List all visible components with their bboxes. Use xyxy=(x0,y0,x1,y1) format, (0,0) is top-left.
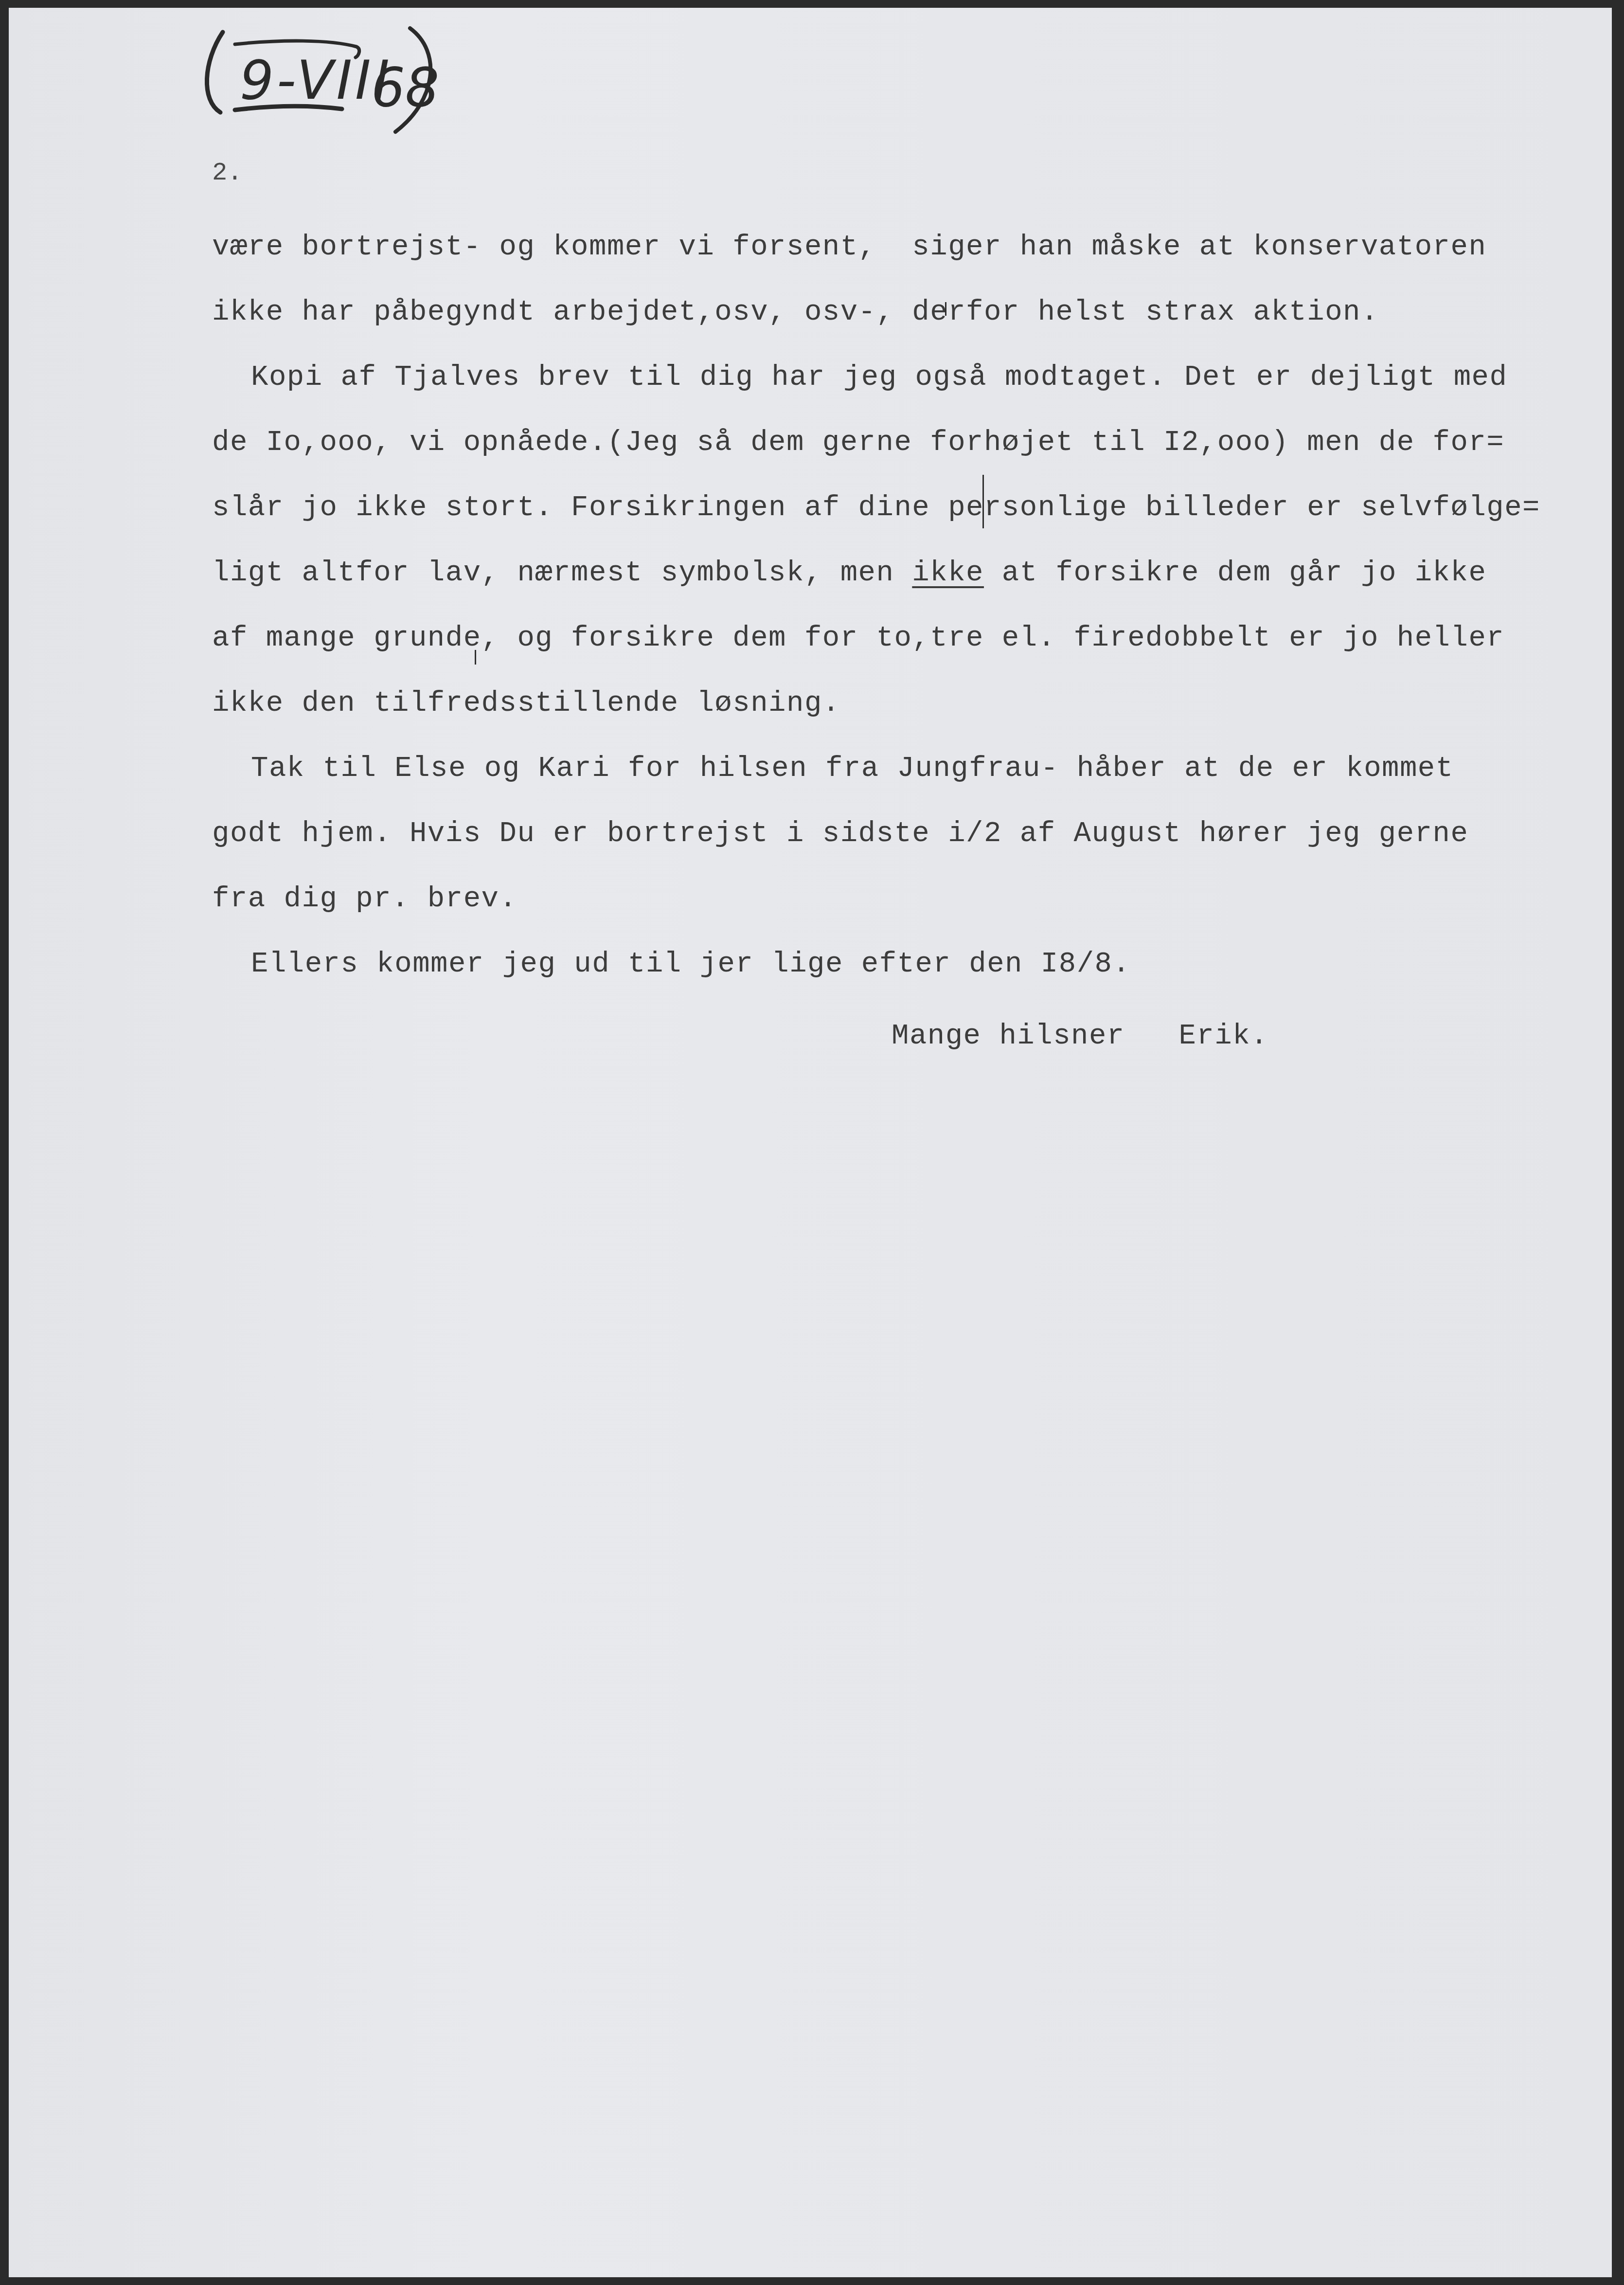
page-number: 2. xyxy=(212,159,242,187)
letter-body: være bortrejst- og kommer vi forsent, si… xyxy=(212,215,1623,997)
handwritten-date-day-month: 9-VIII xyxy=(240,49,393,111)
closing: Mange hilsner xyxy=(892,1020,1125,1052)
body-line-text: at forsikre dem går jo ikke xyxy=(984,557,1486,589)
pen-correction-mark xyxy=(982,475,984,528)
signature: Erik. xyxy=(1179,1020,1269,1052)
body-line: de Io,ooo, vi opnåede.(Jeg så dem gerne … xyxy=(212,410,1623,475)
body-line: ikke har påbegyndt arbejdet,osv, osv-, d… xyxy=(212,280,1623,345)
pen-correction-mark xyxy=(945,302,946,316)
underlined-word: ikke xyxy=(912,557,984,589)
handwritten-date-year: 68 xyxy=(371,56,439,119)
body-line: Ellers kommer jeg ud til jer lige efter … xyxy=(212,932,1623,997)
letter-page: 9-VIII 68 2. være bortrejst- og kommer v… xyxy=(9,8,1612,2277)
body-line: være bortrejst- og kommer vi forsent, si… xyxy=(212,215,1623,280)
body-line: slår jo ikke stort. Forsikringen af dine… xyxy=(212,475,1623,540)
body-line: fra dig pr. brev. xyxy=(212,866,1623,932)
closing-signature: Mange hilsner Erik. xyxy=(892,1020,1268,1052)
body-line-text: ligt altfor lav, nærmest symbolsk, men xyxy=(212,557,912,589)
body-line: Kopi af Tjalves brev til dig har jeg ogs… xyxy=(212,345,1623,410)
body-line: Tak til Else og Kari for hilsen fra Jung… xyxy=(212,736,1623,801)
body-line: af mange grunde, og forsikre dem for to,… xyxy=(212,606,1623,671)
body-line: ikke den tilfredsstillende løsning. xyxy=(212,671,1623,736)
body-line: godt hjem. Hvis Du er bortrejst i sidste… xyxy=(212,801,1623,866)
pen-correction-mark xyxy=(475,650,476,665)
handwritten-date-annotation: 9-VIII 68 xyxy=(194,18,495,163)
body-line: ligt altfor lav, nærmest symbolsk, men i… xyxy=(212,540,1623,606)
